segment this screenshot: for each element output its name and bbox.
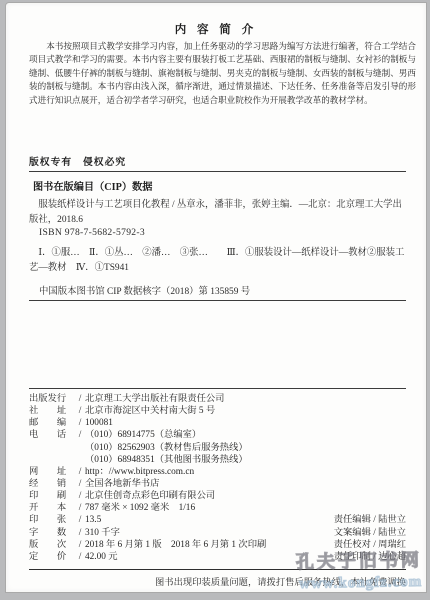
watermark-site-name: 孔夫子旧书网 — [296, 546, 422, 574]
row-separator: / — [75, 405, 85, 417]
row-separator: / — [75, 478, 85, 490]
row-separator: / — [75, 551, 85, 563]
book-page: 内 容 简 介 本书按照项目式教学安排学习内容，加上任务驱动的学习思路为编写方法… — [5, 2, 427, 593]
colophon-row-format: 开 本/787 毫米 × 1092 毫米 1/16 — [29, 502, 406, 514]
row-separator: / — [75, 429, 85, 441]
row-separator: / — [75, 417, 85, 429]
row-value: （010）68948351（其他图书服务热线） — [85, 454, 248, 466]
row-separator: / — [75, 539, 85, 551]
cip-record-number: 中国版本图书馆 CIP 数据核字（2018）第 135859 号 — [39, 283, 250, 297]
colophon-row-phone3: /（010）68948351（其他图书服务热线） — [29, 454, 406, 466]
row-value: 787 毫米 × 1092 毫米 1/16 — [85, 502, 195, 514]
row-separator: / — [75, 393, 85, 405]
row-label: 经 销 — [29, 478, 75, 490]
scanned-book-copyright-page: { "page": { "summary": { "title": "内 容 简… — [0, 0, 430, 600]
row-label: 社 址 — [29, 405, 75, 417]
row-value: 13.5 — [85, 514, 101, 526]
summary-body: 本书按照项目式教学安排学习内容，加上任务驱动的学习思路为编写方法进行编著，符合工… — [29, 40, 416, 107]
colophon-row-printer: 印 刷/北京佳创奇点彩色印刷有限公司 — [29, 490, 406, 502]
colophon-row-wordcount: 字 数/310 千字文案编辑 / 陆世立 — [29, 527, 406, 539]
watermark: 孔夫子旧书网 www.kongfz.com — [296, 546, 423, 593]
row-label: 印 刷 — [29, 490, 75, 502]
row-separator: / — [75, 514, 85, 526]
summary-title: 内 容 简 介 — [6, 21, 426, 37]
colophon: 出版发行/北京理工大学出版社有限责任公司 社 址/北京市海淀区中关村南大街 5 … — [29, 393, 406, 563]
row-label: 开 本 — [29, 502, 75, 514]
row-value: 100081 — [85, 417, 113, 429]
row-value: 2018 年 6 月第 1 版 2018 年 6 月第 1 次印刷 — [85, 539, 266, 551]
row-value: 42.00 元 — [85, 551, 118, 563]
colophon-row-publisher: 出版发行/北京理工大学出版社有限责任公司 — [29, 393, 406, 405]
colophon-row-postcode: 邮 编/100081 — [29, 417, 406, 429]
watermark-site-url: www.kongfz.com — [296, 574, 422, 593]
row-separator: / — [75, 490, 85, 502]
row-label: 版 次 — [29, 539, 75, 551]
cip-classification: Ⅰ．①服… Ⅱ．①丛… ②潘… ③张… Ⅲ．①服装设计—纸样设计—教材②服装工艺… — [29, 246, 408, 275]
copyright-notice: 版权专有 侵权必究 — [29, 154, 126, 168]
divider-colophon-top — [29, 388, 406, 389]
colophon-row-sheets: 印 张/13.5责任编辑 / 陆世立 — [29, 514, 406, 526]
colophon-row-phone2: /（010）82562903（教材售后服务热线） — [29, 442, 406, 454]
row-value: （010）68914775（总编室） — [85, 429, 201, 441]
row-value: （010）82562903（教材售后服务热线） — [85, 442, 248, 454]
row-value: http：//www.bitpress.com.cn — [85, 466, 194, 478]
row-label: 电 话 — [29, 429, 75, 441]
row-label: 邮 编 — [29, 417, 75, 429]
row-value: 北京市海淀区中关村南大街 5 号 — [85, 405, 215, 417]
colophon-row-address: 社 址/北京市海淀区中关村南大街 5 号 — [29, 405, 406, 417]
cip-heading: 图书在版编目（CIP）数据 — [33, 178, 152, 193]
row-value: 北京理工大学出版社有限责任公司 — [85, 393, 224, 405]
cip-isbn: ISBN 978-7-5682-5792-3 — [39, 227, 145, 238]
row-label: 字 数 — [29, 527, 75, 539]
row-value: 310 千字 — [85, 527, 120, 539]
cip-book-line: 服装纸样设计与工艺项目化教程 / 丛章永，潘菲非，张婷主编．—北京：北京理工大学… — [29, 198, 408, 227]
row-label: 网 址 — [29, 466, 75, 478]
row-credit: 责任编辑 / 陆世立 — [334, 514, 406, 526]
colophon-row-website: 网 址/http：//www.bitpress.com.cn — [29, 466, 406, 478]
row-label: 定 价 — [29, 551, 75, 563]
colophon-row-phone: 电 话/（010）68914775（总编室） — [29, 429, 406, 441]
row-label: 出版发行 — [29, 393, 75, 405]
row-label: 印 张 — [29, 514, 75, 526]
divider-top — [29, 171, 406, 172]
row-credit: 文案编辑 / 陆世立 — [334, 527, 406, 539]
row-value: 北京佳创奇点彩色印刷有限公司 — [85, 490, 215, 502]
row-separator: / — [75, 466, 85, 478]
colophon-row-distribution: 经 销/全国各地新华书店 — [29, 478, 406, 490]
row-separator: / — [75, 502, 85, 514]
row-value: 全国各地新华书店 — [85, 478, 159, 490]
divider-cip-bottom — [29, 300, 406, 301]
row-separator: / — [75, 527, 85, 539]
